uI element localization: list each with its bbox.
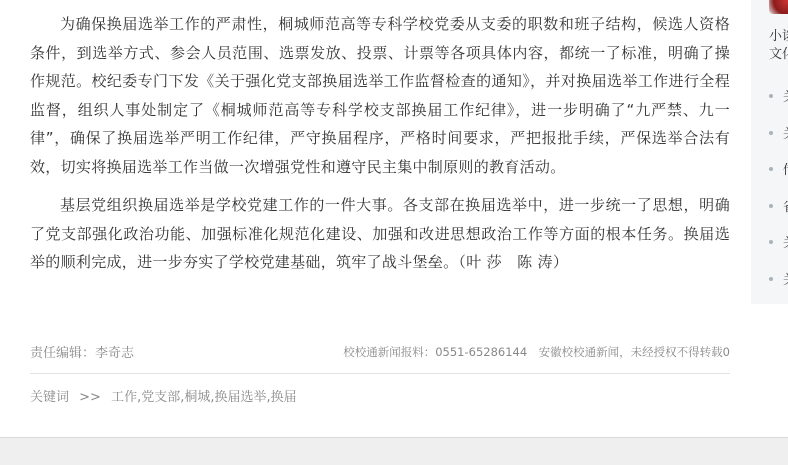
keywords-label: 关键词 (30, 390, 69, 405)
bullet-icon (769, 204, 773, 208)
keywords-tags[interactable]: 工作,党支部,桐城,换届选举,换届 (111, 390, 297, 405)
sidebar-panel: 小谈 文化 关 关 传 省 关 关 (751, 0, 788, 304)
article-paragraph: 基层党组织换届选举是学校党建工作的一件大事。各支部在换届选举中，进一步统一了思想… (30, 191, 730, 277)
sidebar-link[interactable]: 省 (783, 196, 788, 215)
sidebar-list-item[interactable]: 传 (769, 159, 788, 196)
article-paragraph: 为确保换届选举工作的严肃性，桐城师范高等专科学校党委从支委的职数和班子结构，候选… (30, 10, 730, 181)
bullet-icon (769, 167, 773, 171)
bullet-icon (769, 277, 773, 281)
sidebar-list-item[interactable]: 省 (769, 196, 788, 233)
page-footer-bar (0, 437, 788, 465)
sidebar-link[interactable]: 关 (783, 269, 788, 288)
sidebar-intro-line: 文化 (769, 46, 788, 64)
sidebar-link[interactable]: 关 (783, 232, 788, 251)
keywords-separator: >> (79, 390, 101, 405)
sidebar-intro-line: 小谈 (769, 28, 788, 46)
sidebar-link[interactable]: 传 (783, 159, 788, 178)
sidebar-list: 关 关 传 省 关 关 (769, 86, 788, 304)
responsible-editor: 责任编辑：李奇志 (30, 342, 134, 361)
article-body: 为确保换届选举工作的严肃性，桐城师范高等专科学校党委从支委的职数和班子结构，候选… (30, 10, 730, 277)
sidebar-link[interactable]: 关 (783, 123, 788, 142)
author-avatar[interactable] (769, 0, 788, 14)
keywords-row: 关键词 >> 工作,党支部,桐城,换届选举,换届 (30, 386, 297, 405)
source-notice: 校校通新闻报料：0551-65286144 安徽校校通新闻，未经授权不得转载0 (343, 344, 730, 360)
sidebar-list-item[interactable]: 关 (769, 86, 788, 123)
sidebar-intro: 小谈 文化 (769, 28, 788, 64)
bullet-icon (769, 94, 773, 98)
sidebar-list-item[interactable]: 关 (769, 232, 788, 269)
sidebar-list-item[interactable]: 关 (769, 269, 788, 305)
sidebar-link[interactable]: 关 (783, 86, 788, 105)
article-meta: 责任编辑：李奇志 校校通新闻报料：0551-65286144 安徽校校通新闻，未… (30, 340, 730, 374)
page: 为确保换届选举工作的严肃性，桐城师范高等专科学校党委从支委的职数和班子结构，候选… (0, 0, 788, 465)
bullet-icon (769, 131, 773, 135)
bullet-icon (769, 240, 773, 244)
sidebar-list-item[interactable]: 关 (769, 123, 788, 160)
